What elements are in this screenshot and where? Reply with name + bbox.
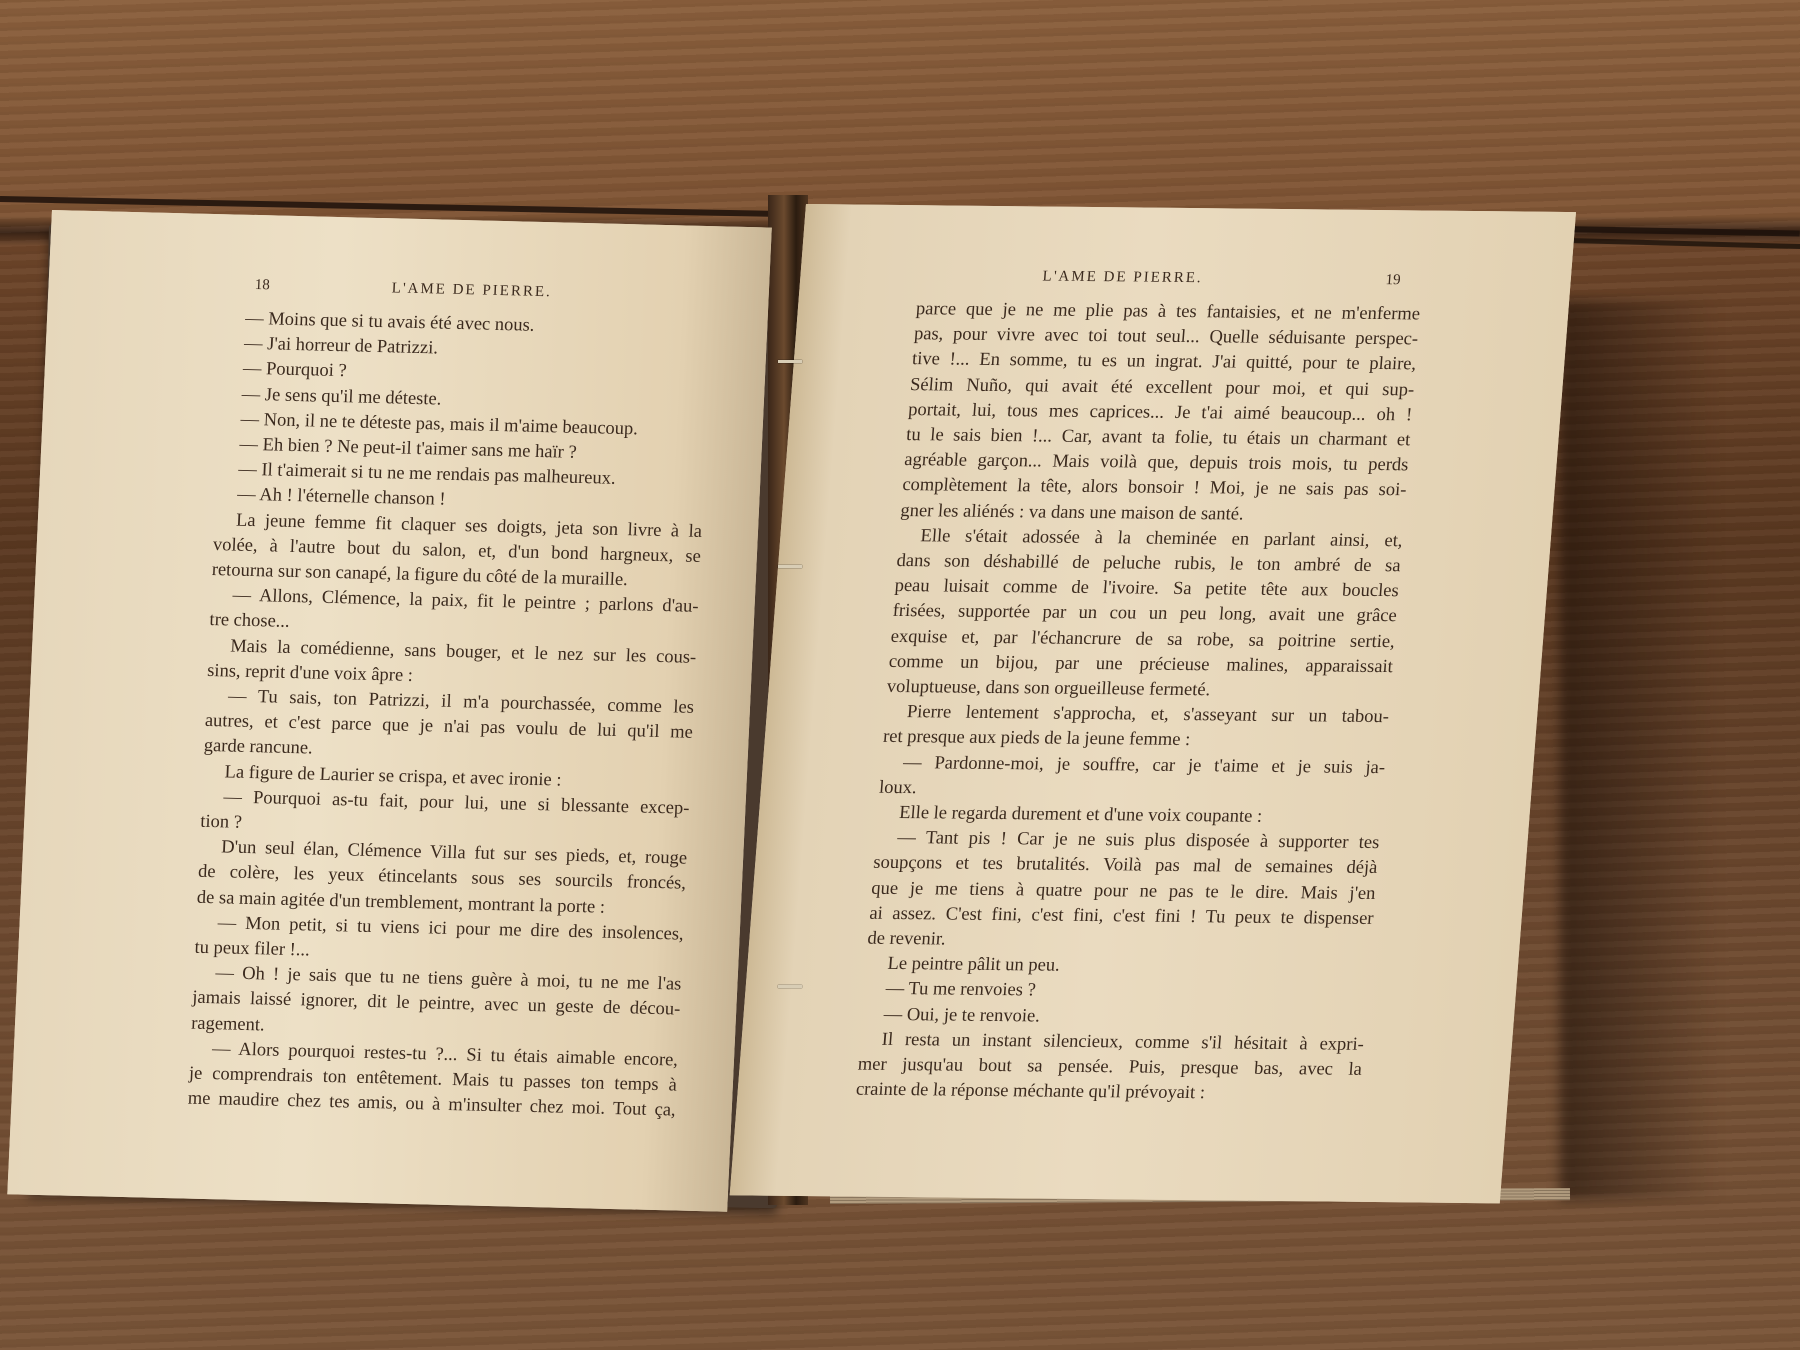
text-line: — Pardonne-moi, je souffre, car je t'aim… [880,750,1386,780]
running-head: 18 L'AME DE PIERRE. [48,272,769,314]
left-page: 18 L'AME DE PIERRE. — Moins que si tu av… [7,210,771,1212]
page-number: 19 [1385,272,1401,289]
text-line: crainte de la réponse méchante qu'il pré… [855,1078,1361,1108]
book-shadow [1560,300,1720,1200]
binding-thread [778,985,802,988]
running-head: L'AME DE PIERRE. 19 [799,266,1571,298]
running-title: L'AME DE PIERRE. [1042,268,1203,287]
running-title: L'AME DE PIERRE. [391,280,552,301]
page-number: 18 [254,277,270,294]
page-body-text: — Moins que si tu avais été avec nous.— … [187,306,711,1124]
binding-thread [778,360,802,363]
right-page: L'AME DE PIERRE. 19 parce que je ne me p… [730,204,1576,1203]
page-body-text: parce que je ne me plie pas à tes fantai… [855,297,1421,1108]
binding-thread [778,565,802,568]
